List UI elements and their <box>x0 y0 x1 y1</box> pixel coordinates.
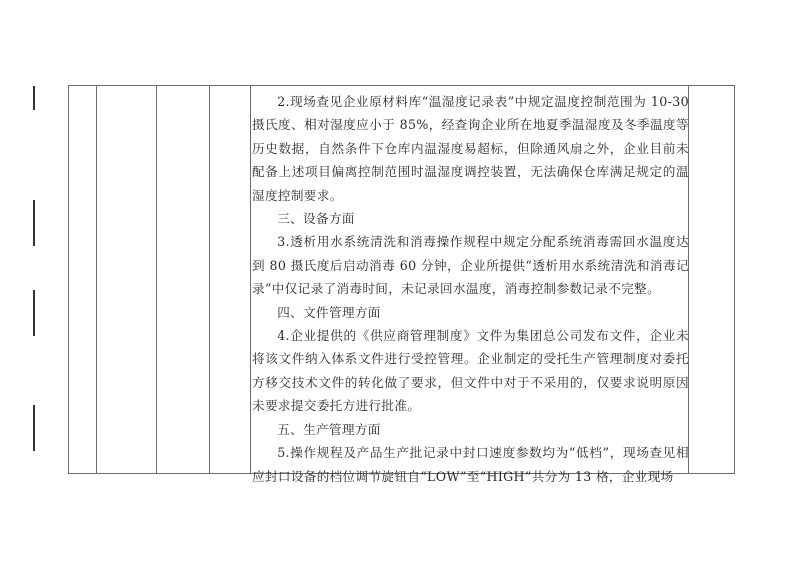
margin-mark-3 <box>33 290 35 336</box>
column-divider <box>209 86 210 473</box>
margin-mark-2 <box>33 200 35 246</box>
margin-mark-4 <box>33 405 35 451</box>
section-heading-equipment: 三、设备方面 <box>252 207 689 230</box>
column-divider <box>96 86 97 473</box>
inspection-findings-table: 2.现场查见企业原材料库“温湿度记录表”中规定温度控制范围为 10-30 摄氏度… <box>68 85 735 474</box>
section-heading-document-management: 四、文件管理方面 <box>252 301 689 324</box>
section-heading-production-management: 五、生产管理方面 <box>252 418 689 441</box>
findings-content-cell: 2.现场查见企业原材料库“温湿度记录表”中规定温度控制范围为 10-30 摄氏度… <box>252 90 689 488</box>
finding-5-paragraph: 5.操作规程及产品生产批记录中封口速度参数均为“低档”，现场查见相应封口设备的档… <box>252 441 689 488</box>
column-divider <box>156 86 157 473</box>
margin-mark-1 <box>33 86 35 110</box>
finding-2-paragraph: 2.现场查见企业原材料库“温湿度记录表”中规定温度控制范围为 10-30 摄氏度… <box>252 90 689 207</box>
column-divider <box>250 86 251 473</box>
finding-4-paragraph: 4.企业提供的《供应商管理制度》文件为集团总公司发布文件，企业未将该文件纳入体系… <box>252 324 689 418</box>
finding-3-paragraph: 3.透析用水系统清洗和消毒操作规程中规定分配系统消毒需回水温度达到 80 摄氏度… <box>252 230 689 300</box>
